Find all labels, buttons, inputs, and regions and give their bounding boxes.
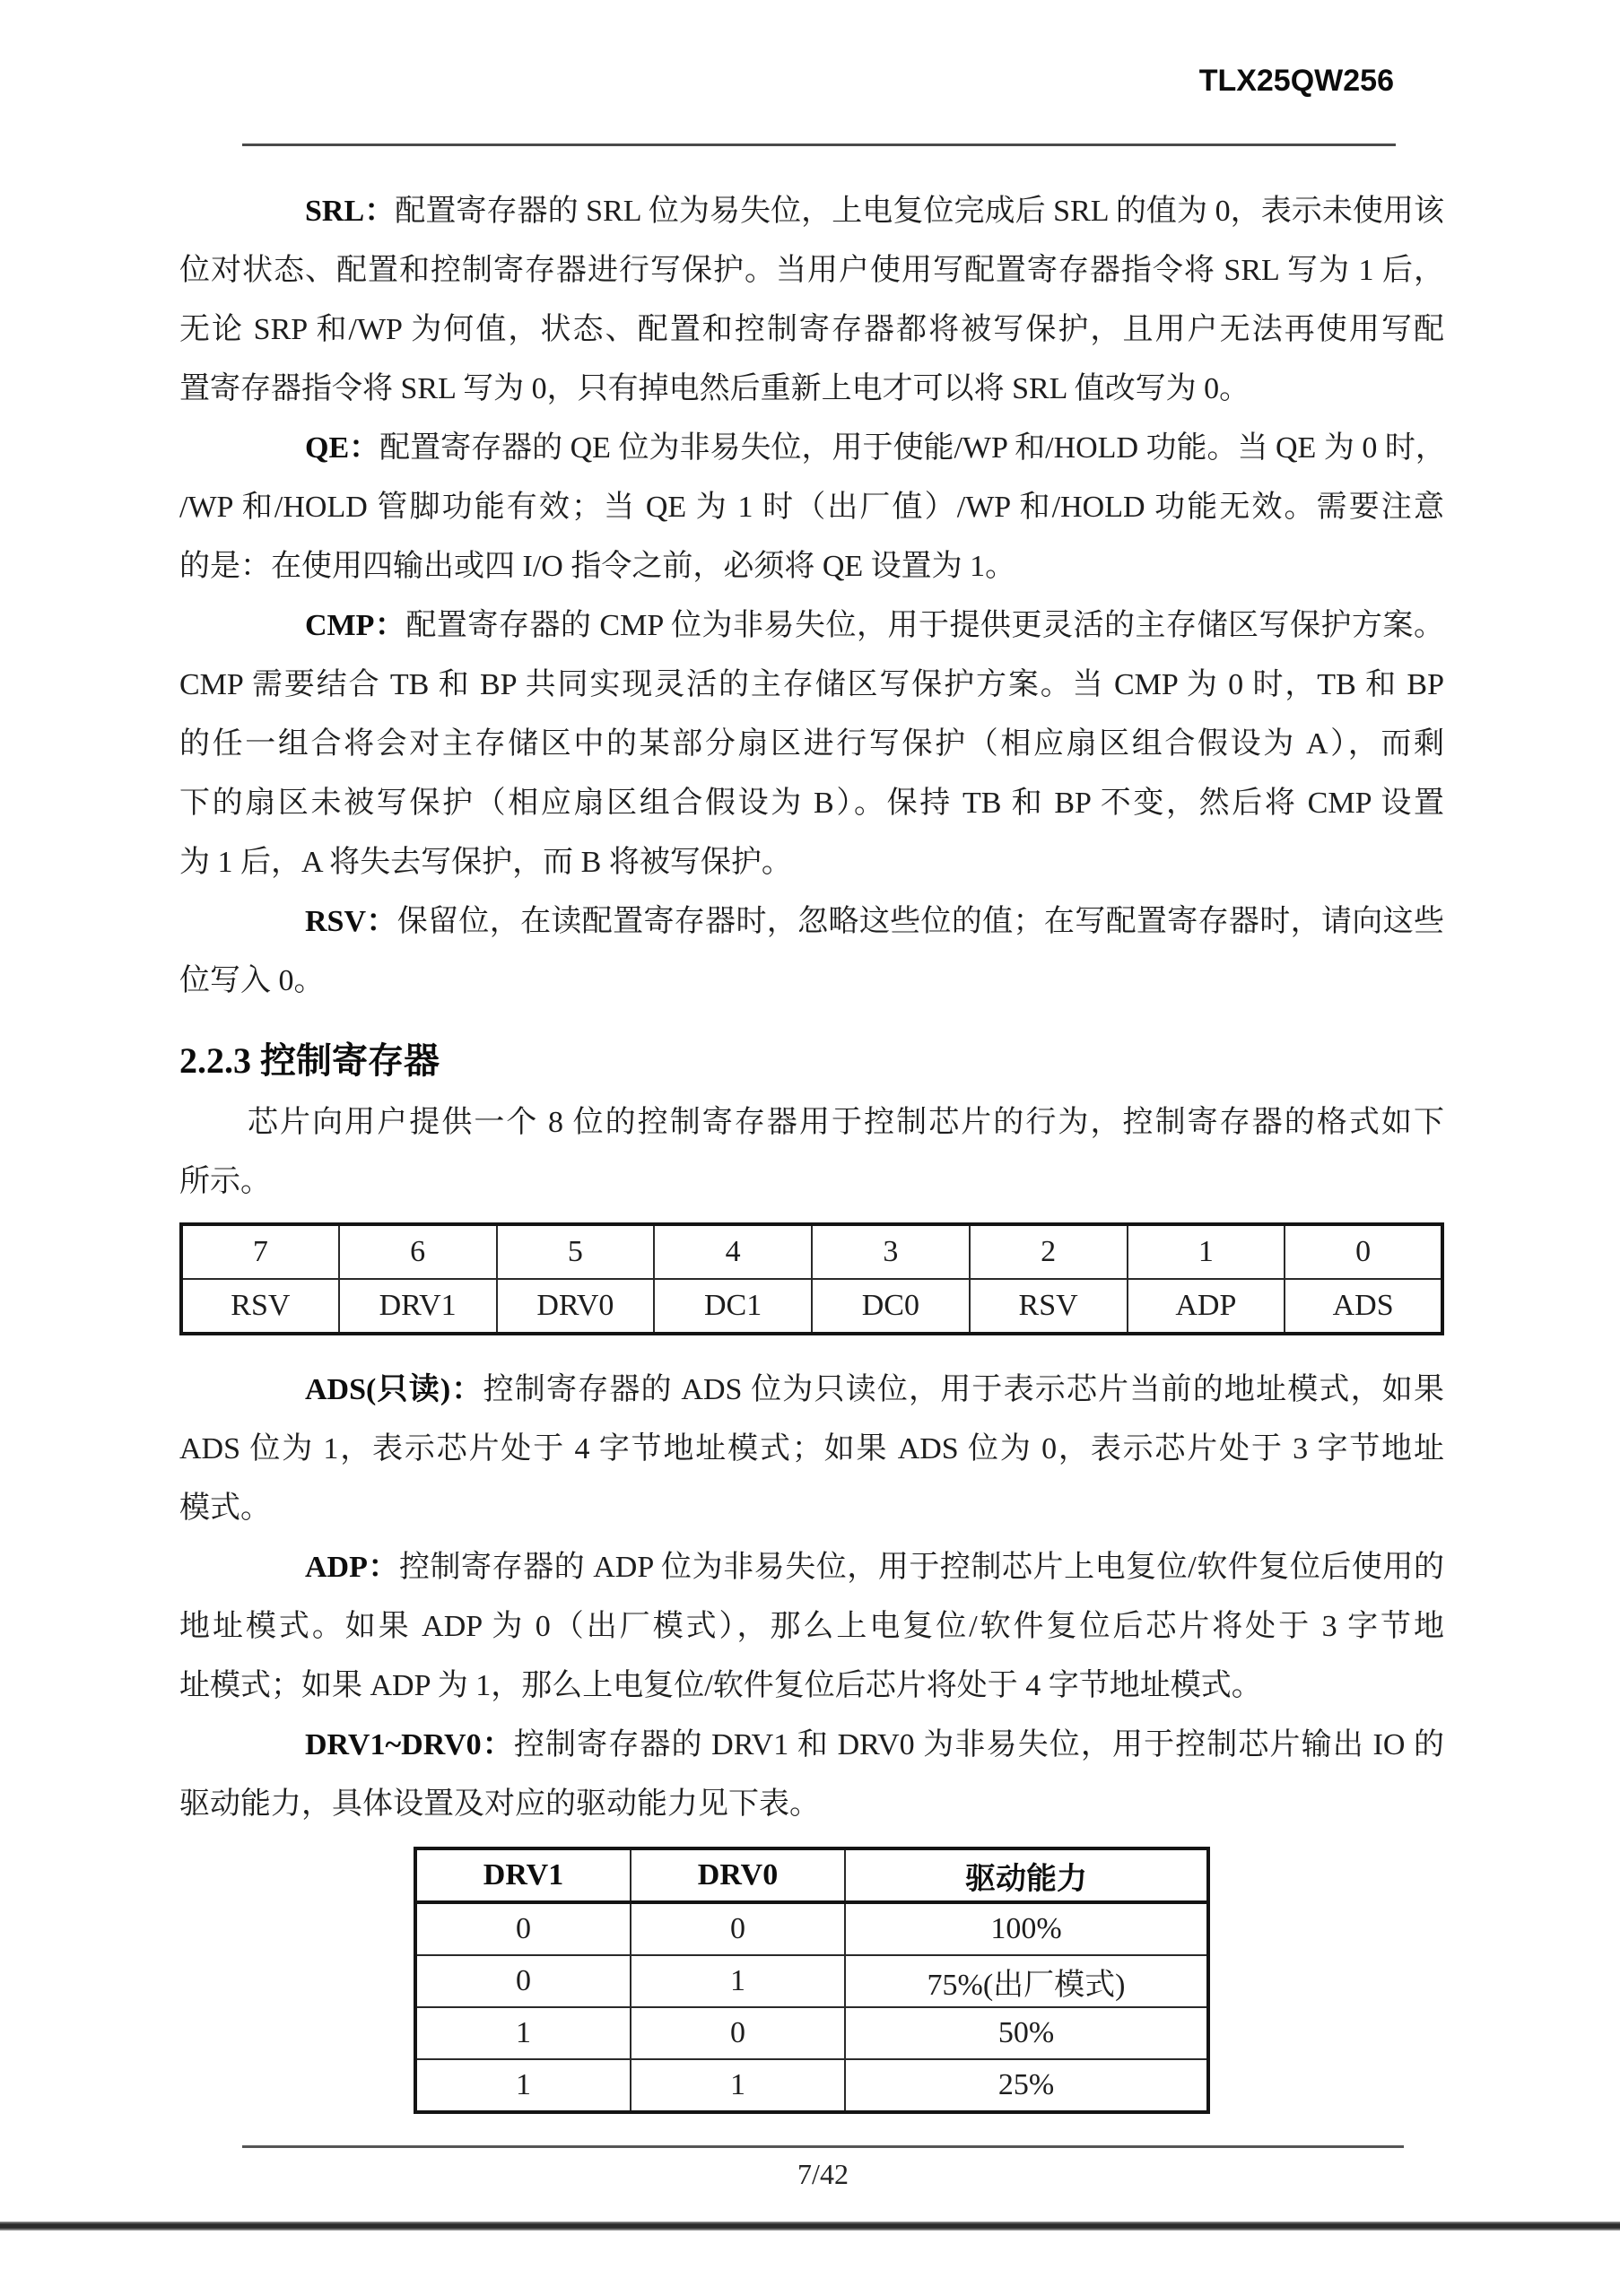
control-register-bit-table: 76543210 RSVDRV1DRV0DC1DC0RSVADPADS: [179, 1222, 1444, 1335]
table-cell: DRV1: [339, 1279, 497, 1334]
text-line: 位写入 0。: [179, 952, 1444, 1011]
term-label: ADS(只读)：: [305, 1373, 483, 1406]
table-cell: 100%: [845, 1902, 1208, 1955]
table-row: 00100%: [415, 1902, 1208, 1955]
window-bottom-bar: [0, 2222, 1620, 2231]
text-line: 置寄存器指令将 SRL 写为 0，只有掉电然后重新上电才可以将 SRL 值改写为…: [179, 360, 1444, 419]
text-line: /WP 和/HOLD 管脚功能有效；当 QE 为 1 时（出厂值）/WP 和/H…: [179, 478, 1444, 537]
text-line: ADS 位为 1，表示芯片处于 4 字节地址模式；如果 ADS 位为 0，表示芯…: [179, 1420, 1444, 1479]
text-line: SRL：配置寄存器的 SRL 位为易失位，上电复位完成后 SRL 的值为 0，表…: [179, 182, 1444, 241]
table-row: 1125%: [415, 2059, 1208, 2112]
table-cell: DC1: [654, 1279, 812, 1334]
table-cell: 7: [181, 1224, 339, 1279]
text-line: 址模式；如果 ADP 为 1，那么上电复位/软件复位后芯片将处于 4 字节地址模…: [179, 1657, 1444, 1716]
bit-name-row: RSVDRV1DRV0DC1DC0RSVADPADS: [181, 1279, 1442, 1334]
footer-rule: [242, 2145, 1404, 2148]
text-line: QE：配置寄存器的 QE 位为非易失位，用于使能/WP 和/HOLD 功能。当 …: [179, 419, 1444, 478]
text-line: 为 1 后，A 将失去写保护，而 B 将被写保护。: [179, 833, 1444, 892]
text-line: 下的扇区未被写保护（相应扇区组合假设为 B）。保持 TB 和 BP 不变，然后将…: [179, 774, 1444, 833]
table-cell: 0: [631, 1902, 845, 1955]
table-cell: ADP: [1128, 1279, 1285, 1334]
page-number: 7/42: [242, 2154, 1404, 2194]
text-line: CMP：配置寄存器的 CMP 位为非易失位，用于提供更灵活的主存储区写保护方案。: [179, 596, 1444, 656]
table-cell: 1: [631, 2059, 845, 2112]
page-header: TLX25QW256: [0, 0, 1620, 99]
table-cell: 1: [1128, 1224, 1285, 1279]
table-cell: 2: [970, 1224, 1128, 1279]
text-line: 驱动能力，具体设置及对应的驱动能力见下表。: [179, 1775, 1444, 1834]
table-cell: 6: [339, 1224, 497, 1279]
table-cell: 驱动能力: [845, 1848, 1208, 1902]
page-body: SRL：配置寄存器的 SRL 位为易失位，上电复位完成后 SRL 的值为 0，表…: [0, 146, 1620, 2114]
table-cell: 75%(出厂模式): [845, 1955, 1208, 2007]
paragraph-cmp: CMP：配置寄存器的 CMP 位为非易失位，用于提供更灵活的主存储区写保护方案。…: [179, 596, 1444, 892]
table-header-row: DRV1DRV0驱动能力: [415, 1848, 1208, 1902]
table-cell: ADS: [1285, 1279, 1442, 1334]
drive-strength-table: DRV1DRV0驱动能力 00100%0175%(出厂模式)1050%1125%: [414, 1847, 1210, 2114]
text-line: ADP：控制寄存器的 ADP 位为非易失位，用于控制芯片上电复位/软件复位后使用…: [179, 1538, 1444, 1597]
term-label: CMP：: [305, 609, 405, 642]
section-heading: 2.2.3 控制寄存器: [179, 1038, 1444, 1084]
paragraph-rsv: RSV：保留位，在读配置寄存器时，忽略这些位的值；在写配置寄存器时，请向这些位写…: [179, 892, 1444, 1011]
paragraph-intro: 芯片向用户提供一个 8 位的控制寄存器用于控制芯片的行为，控制寄存器的格式如下所…: [179, 1093, 1444, 1212]
table-cell: 50%: [845, 2007, 1208, 2059]
table-cell: 0: [1285, 1224, 1442, 1279]
text-line: 模式。: [179, 1479, 1444, 1538]
text-line: 地址模式。如果 ADP 为 0（出厂模式），那么上电复位/软件复位后芯片将处于 …: [179, 1597, 1444, 1657]
text-line: 位对状态、配置和控制寄存器进行写保护。当用户使用写配置寄存器指令将 SRL 写为…: [179, 241, 1444, 300]
text-line: 的是：在使用四输出或四 I/O 指令之前，必须将 QE 设置为 1。: [179, 537, 1444, 596]
bit-number-row: 76543210: [181, 1224, 1442, 1279]
paragraph-drv: DRV1~DRV0：控制寄存器的 DRV1 和 DRV0 为非易失位，用于控制芯…: [179, 1716, 1444, 1834]
table-cell: 1: [415, 2007, 631, 2059]
table-cell: DC0: [812, 1279, 970, 1334]
text-line: RSV：保留位，在读配置寄存器时，忽略这些位的值；在写配置寄存器时，请向这些: [179, 892, 1444, 952]
table-row: 1050%: [415, 2007, 1208, 2059]
text-line: ADS(只读)：控制寄存器的 ADS 位为只读位，用于表示芯片当前的地址模式，如…: [179, 1361, 1444, 1420]
text-line: DRV1~DRV0：控制寄存器的 DRV1 和 DRV0 为非易失位，用于控制芯…: [179, 1716, 1444, 1775]
term-label: DRV1~DRV0：: [305, 1728, 514, 1761]
paragraph-srl: SRL：配置寄存器的 SRL 位为易失位，上电复位完成后 SRL 的值为 0，表…: [179, 182, 1444, 419]
text-line: 芯片向用户提供一个 8 位的控制寄存器用于控制芯片的行为，控制寄存器的格式如下: [179, 1093, 1444, 1152]
text-line: 所示。: [179, 1152, 1444, 1212]
term-label: ADP：: [305, 1551, 399, 1584]
table-cell: 1: [631, 1955, 845, 2007]
term-label: SRL：: [305, 195, 395, 228]
table-cell: 0: [415, 1902, 631, 1955]
paragraph-adp: ADP：控制寄存器的 ADP 位为非易失位，用于控制芯片上电复位/软件复位后使用…: [179, 1538, 1444, 1716]
table-cell: DRV1: [415, 1848, 631, 1902]
table-cell: RSV: [970, 1279, 1128, 1334]
table-cell: 0: [415, 1955, 631, 2007]
table-cell: RSV: [181, 1279, 339, 1334]
term-label: RSV：: [305, 905, 397, 938]
header-title: TLX25QW256: [1199, 64, 1394, 98]
term-label: QE：: [305, 431, 379, 465]
table-cell: 0: [631, 2007, 845, 2059]
table-cell: 5: [497, 1224, 655, 1279]
table-cell: DRV0: [631, 1848, 845, 1902]
text-line: CMP 需要结合 TB 和 BP 共同实现灵活的主存储区写保护方案。当 CMP …: [179, 656, 1444, 715]
table-row: 0175%(出厂模式): [415, 1955, 1208, 2007]
paragraph-ads: ADS(只读)：控制寄存器的 ADS 位为只读位，用于表示芯片当前的地址模式，如…: [179, 1361, 1444, 1538]
document-page: TLX25QW256 SRL：配置寄存器的 SRL 位为易失位，上电复位完成后 …: [0, 0, 1620, 2296]
text-line: 的任一组合将会对主存储区中的某部分扇区进行写保护（相应扇区组合假设为 A），而剩: [179, 715, 1444, 774]
table-cell: 3: [812, 1224, 970, 1279]
table-cell: 25%: [845, 2059, 1208, 2112]
table-cell: DRV0: [497, 1279, 655, 1334]
paragraph-qe: QE：配置寄存器的 QE 位为非易失位，用于使能/WP 和/HOLD 功能。当 …: [179, 419, 1444, 596]
table-cell: 4: [654, 1224, 812, 1279]
table-cell: 1: [415, 2059, 631, 2112]
text-line: 无论 SRP 和/WP 为何值，状态、配置和控制寄存器都将被写保护，且用户无法再…: [179, 300, 1444, 360]
